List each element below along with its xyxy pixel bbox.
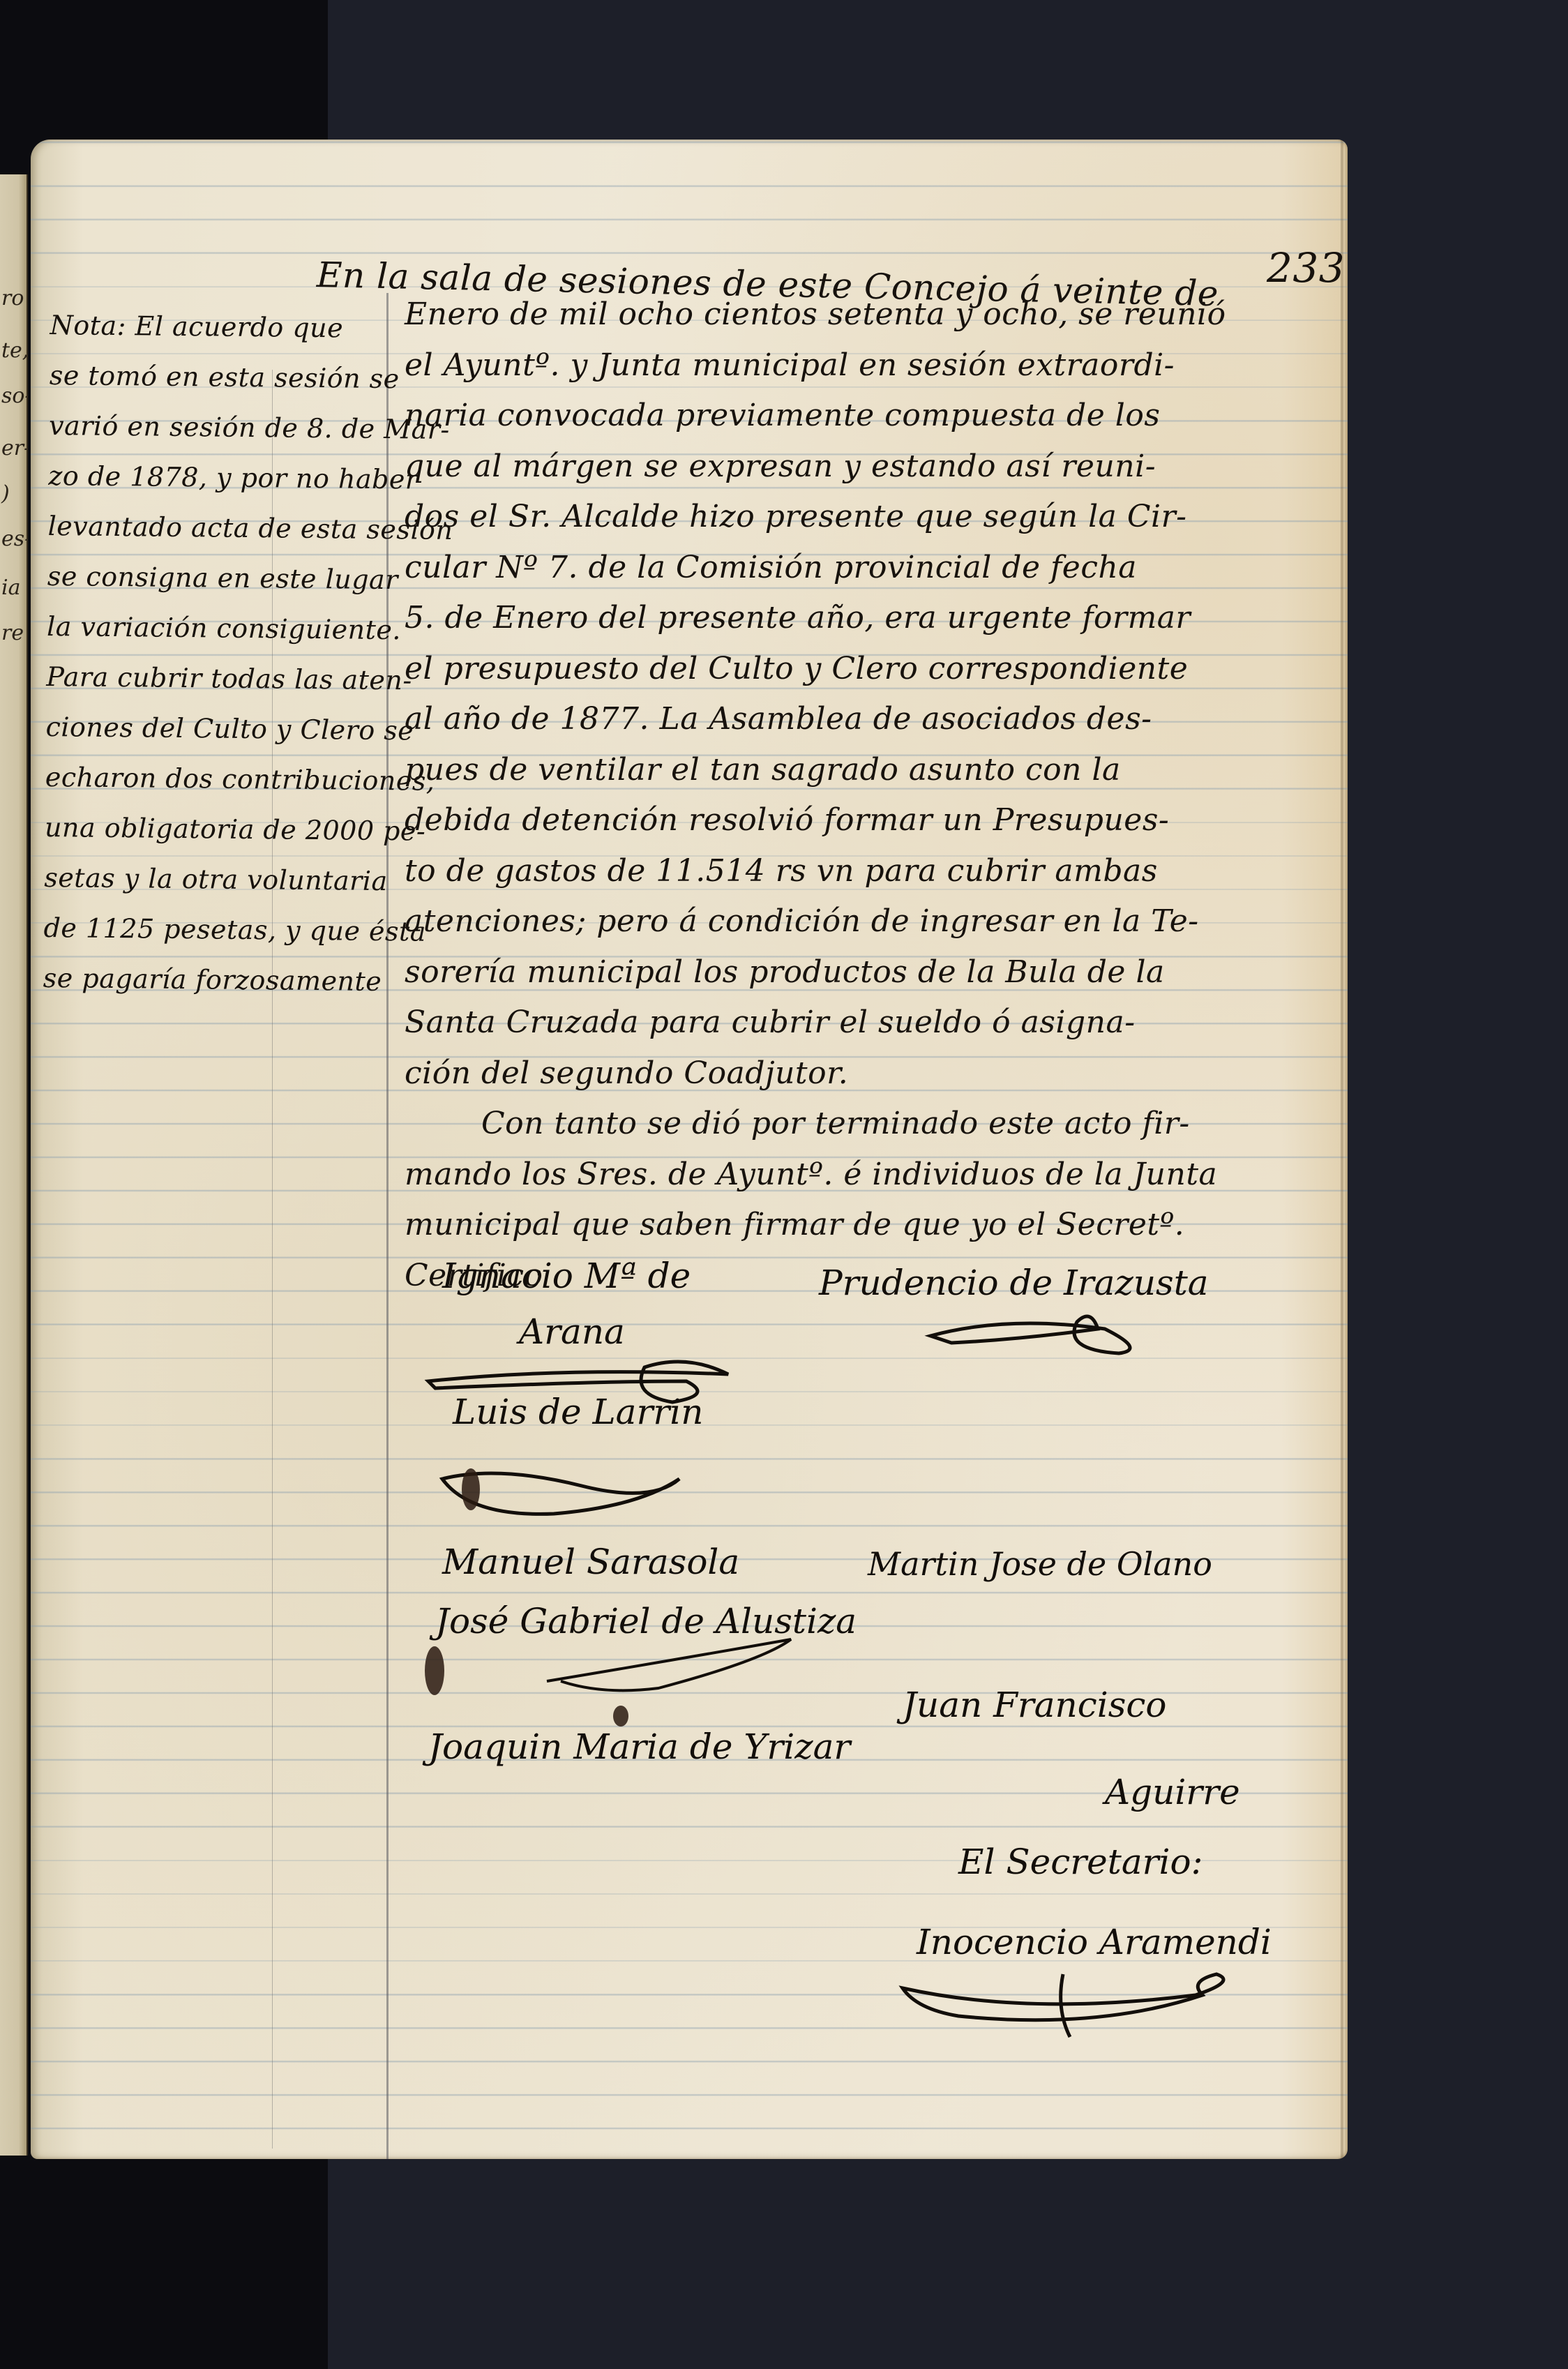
ink-blot	[613, 1706, 628, 1727]
body-line: cular Nº 7. de la Comisión provincial de…	[405, 543, 1226, 594]
margin-note-line: se tomó en esta sesión se	[49, 350, 455, 405]
prev-page-fragment: ia	[1, 576, 20, 600]
body-line: atenciones; pero á condición de ingresar…	[405, 896, 1226, 947]
body-line: el presupuesto del Culto y Clero corresp…	[405, 644, 1226, 695]
body-line: dos el Sr. Alcalde hizo presente que seg…	[405, 492, 1226, 543]
page-number: 233	[1267, 244, 1345, 292]
signature-prudencio-irazusta: Prudencio de Irazusta	[819, 1263, 1209, 1303]
body-line: ción del segundo Coadjutor.	[405, 1048, 1226, 1099]
page-edge-shadow	[1341, 140, 1343, 2159]
prev-page-fragment: ro	[1, 286, 24, 310]
closing-line: mando los Sres. de Ayuntº. é individuos …	[405, 1150, 1226, 1201]
ledger-page: 233 En la sala de sesiones de este Conce…	[31, 140, 1348, 2159]
margin-note-line: levantado acta de esta sesión	[47, 501, 453, 555]
signature-ignacio-arana-line1: Ignacio Mª de	[442, 1256, 691, 1296]
signature-juan-francisco-line1: Juan Francisco	[903, 1685, 1167, 1725]
signature-martin-jose-olano: Martin Jose de Olano	[868, 1545, 1212, 1583]
margin-note-line: echaron dos contribuciones,	[45, 752, 451, 806]
margin-note-line: la variación consiguiente.	[47, 601, 453, 656]
margin-note-line: de 1125 pesetas, y que ésta	[43, 903, 449, 957]
secretary-signature: Inocencio Aramendi	[917, 1922, 1272, 1962]
prev-page-fragment: er-	[1, 436, 28, 460]
body-line: 5. de Enero del presente año, era urgent…	[405, 593, 1226, 644]
rubric-flourish	[533, 1632, 826, 1695]
margin-note-line: varió en sesión de 8. de Mar-	[49, 400, 455, 455]
body-line: sorería municipal los productos de la Bu…	[405, 947, 1226, 998]
body-line: que al márgen se expresan y estando así …	[405, 442, 1226, 492]
margin-note-line: se pagaría forzosamente	[43, 953, 448, 1007]
body-line: al año de 1877. La Asamblea de asociados…	[405, 694, 1226, 745]
previous-page-edge: ro te, so- er- ) es- ia re	[0, 174, 28, 2156]
signature-juan-francisco-line2: Aguirre	[1105, 1772, 1240, 1812]
margin-note-line: setas y la otra voluntaria	[44, 852, 450, 907]
margin-note-line: Nota: El acuerdo que	[50, 300, 455, 354]
rubric-flourish	[924, 1301, 1189, 1357]
body-line: Santa Cruzada para cubrir el sueldo ó as…	[405, 998, 1226, 1048]
body-line: el Ayuntº. y Junta municipal en sesión e…	[405, 340, 1226, 391]
body-line: Enero de mil ocho cientos setenta y ocho…	[405, 289, 1226, 340]
ink-blot	[462, 1468, 480, 1510]
prev-page-fragment: so-	[1, 384, 28, 408]
signature-luis-larrin: Luis de Larrin	[453, 1392, 703, 1432]
margin-note: Nota: El acuerdo que se tomó en esta ses…	[43, 300, 455, 1007]
closing-line: municipal que saben firmar de que yo el …	[405, 1200, 1226, 1251]
margin-note-line: ciones del Culto y Clero se	[45, 702, 451, 756]
margin-note-line: se consigna en este lugar	[47, 551, 453, 606]
closing-line: Con tanto se dió por terminado este acto…	[405, 1099, 1226, 1150]
ink-blot	[425, 1646, 444, 1695]
prev-page-fragment: te,	[1, 338, 28, 363]
signature-joaquin-yrizar: Joaquin Maria de Yrizar	[428, 1727, 850, 1767]
prev-page-fragment: )	[1, 481, 10, 506]
prev-page-fragment: es-	[1, 527, 28, 551]
minutes-body: Enero de mil ocho cientos setenta y ocho…	[405, 289, 1226, 1301]
signature-ignacio-arana-line2: Arana	[519, 1311, 625, 1352]
margin-note-line: zo de 1878, y por no haber	[48, 451, 454, 505]
signature-manuel-sarasola: Manuel Sarasola	[442, 1542, 739, 1582]
body-line: pues de ventilar el tan sagrado asunto c…	[405, 745, 1226, 796]
secretary-title: El Secretario:	[958, 1842, 1203, 1882]
body-line: naria convocada previamente compuesta de…	[405, 391, 1226, 442]
body-line: debida detención resolvió formar un Pres…	[405, 795, 1226, 846]
margin-note-line: Para cubrir todas las aten-	[46, 652, 452, 706]
margin-note-line: una obligatoria de 2000 pe-	[45, 802, 451, 857]
body-line: to de gastos de 11.514 rs vn para cubrir…	[405, 846, 1226, 897]
rubric-flourish	[889, 1967, 1279, 2044]
prev-page-fragment: re	[1, 621, 24, 645]
